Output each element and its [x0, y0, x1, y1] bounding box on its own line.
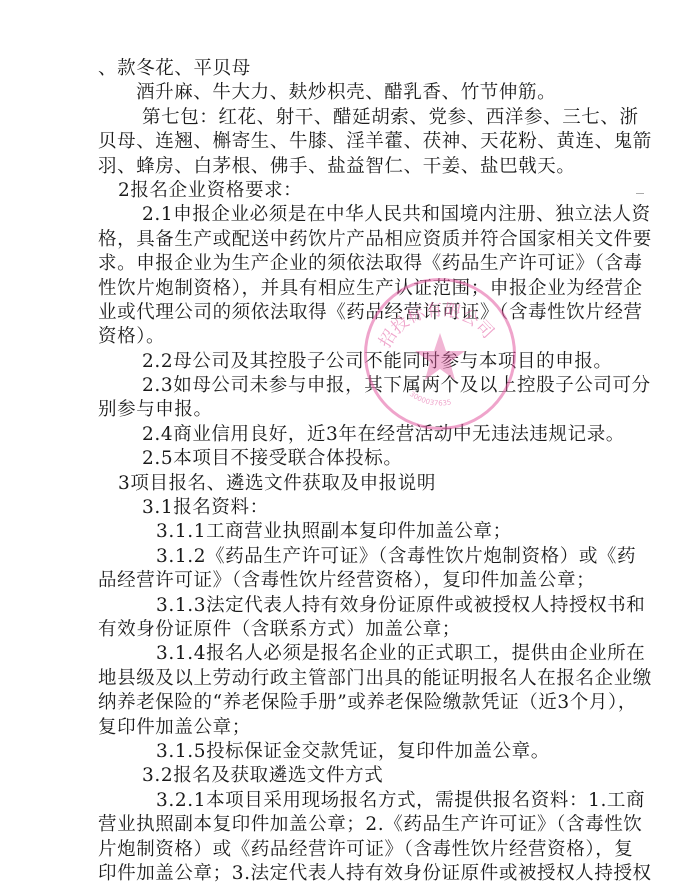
- text-line: 2.3如母公司未参与申报，其下属两个及以上控股子公司可分: [98, 374, 578, 398]
- text-line: 3.1.1工商营业执照副本复印件加盖公章；: [98, 520, 578, 544]
- text-line: 3.1.4报名人必须是报名企业的正式职工，提供由企业所在: [98, 642, 578, 666]
- subsection-heading: 3.2报名及获取遴选文件方式: [98, 764, 578, 788]
- text-line: 、款冬花、平贝母: [98, 57, 578, 81]
- document-body: 、款冬花、平贝母 酒升麻、牛大力、麸炒枳壳、醋乳香、竹节伸筋。 第七包：红花、射…: [98, 57, 578, 886]
- text-line: 3.1.3法定代表人持有效身份证原件或被授权人持授权书和: [98, 594, 578, 618]
- text-line: 2.4商业信用良好，近3年在经营活动中无违法违规记录。: [98, 423, 578, 447]
- text-line: 2.1申报企业必须是在中华人民共和国境内注册、独立法人资: [98, 203, 578, 227]
- text-line: 羽、蜂房、白茅根、佛手、盐益智仁、干姜、盐巴戟天。: [98, 155, 578, 179]
- text-line: 营业执照副本复印件加盖公章；2.《药品生产许可证》（含毒性饮: [98, 813, 578, 837]
- text-line: 贝母、连翘、槲寄生、牛膝、淫羊藿、茯神、天花粉、黄连、鬼箭: [98, 130, 578, 154]
- text-line: 品经营许可证》（含毒性饮片经营资格），复印件加盖公章；: [98, 569, 578, 593]
- text-line: 复印件加盖公章；: [98, 716, 578, 740]
- subsection-heading: 3.1报名资料：: [98, 496, 578, 520]
- text-line: 3.1.2《药品生产许可证》（含毒性饮片炮制资格）或《药: [98, 545, 578, 569]
- text-line: 片炮制资格）或《药品经营许可证》（含毒性饮片经营资格），复: [98, 838, 578, 862]
- text-line: 别参与申报。: [98, 398, 578, 422]
- text-line: 有效身份证原件（含联系方式）加盖公章；: [98, 618, 578, 642]
- text-line: 3.2.1本项目采用现场报名方式，需提供报名资料：1.工商: [98, 789, 578, 813]
- text-line: 求。申报企业为生产企业的须依法取得《药品生产许可证》（含毒: [98, 252, 578, 276]
- text-line: 酒升麻、牛大力、麸炒枳壳、醋乳香、竹节伸筋。: [98, 81, 578, 105]
- text-line: 3.1.5投标保证金交款凭证，复印件加盖公章。: [98, 740, 578, 764]
- document-page: 、款冬花、平贝母 酒升麻、牛大力、麸炒枳壳、醋乳香、竹节伸筋。 第七包：红花、射…: [0, 0, 673, 896]
- text-line: 印件加盖公章；3.法定代表人持有效身份证原件或被授权人持授权: [98, 862, 578, 886]
- text-line: 地县级及以上劳动行政主管部门出具的能证明报名人在报名企业缴: [98, 667, 578, 691]
- scan-artifact: [636, 193, 644, 194]
- text-line: 第七包：红花、射干、醋延胡索、党参、西洋参、三七、浙: [98, 106, 578, 130]
- text-line: 资格）。: [98, 325, 578, 349]
- text-line: 性饮片炮制资格），并具有相应生产认证范围；申报企业为经营企: [98, 277, 578, 301]
- section-heading: 3项目报名、遴选文件获取及申报说明: [98, 472, 578, 496]
- text-line: 2.2母公司及其控股子公司不能同时参与本项目的申报。: [98, 350, 578, 374]
- text-line: 纳养老保险的“养老保险手册”或养老保险缴款凭证（近3个月），: [98, 691, 578, 715]
- section-heading: 2报名企业资格要求：: [98, 179, 578, 203]
- text-line: 业或代理公司的须依法取得《药品经营许可证》（含毒性饮片经营: [98, 301, 578, 325]
- text-line: 格，具备生产或配送中药饮片产品相应资质并符合国家相关文件要: [98, 228, 578, 252]
- text-line: 2.5本项目不接受联合体投标。: [98, 447, 578, 471]
